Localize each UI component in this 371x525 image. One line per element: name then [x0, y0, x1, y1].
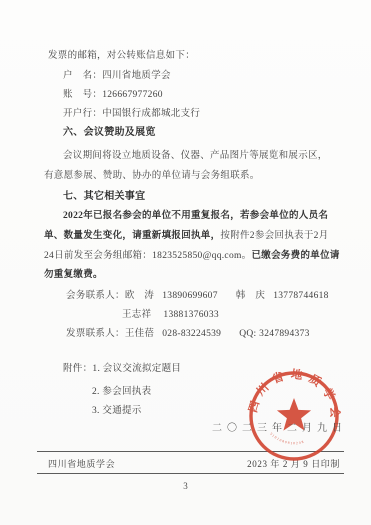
- section7-line3-bold: 已缴会务费的单位请: [251, 251, 339, 261]
- attachment-item-1: 1. 会议交流拟定题目: [92, 364, 181, 374]
- section7-line1-bold: 2022年已报名参会的单位不用重复报名，若参会单位的人员名: [63, 211, 328, 221]
- contact4-phone: 028-83224539: [162, 329, 221, 339]
- section7-para-line4: 勿重复缴费。: [44, 266, 103, 280]
- contact3-phone: 13881376033: [163, 310, 219, 320]
- page-number: 3: [0, 481, 371, 491]
- contact3-name: 王志祥: [122, 310, 151, 320]
- section7-para-line3: 24日前发至会务组邮箱：1823525850@qq.com。已缴会务费的单位请: [44, 247, 340, 261]
- section7-title: 七、其它相关事宜: [63, 187, 145, 202]
- section6-line2: 有意愿参展、赞助、协办的单位请与会务组联系。: [44, 167, 260, 181]
- section7-line2-bold: 单、数量发生变化，请重新填报回执单，: [44, 231, 220, 241]
- contacts-label: 会务联系人：: [66, 291, 125, 301]
- issue-date: 二〇二三年二月九日: [212, 419, 347, 434]
- document-page: 发票的邮箱，对公转账信息如下： 户 名：四川省地质学会 账 号：12666797…: [0, 0, 371, 525]
- contact1-phone: 13890699607: [162, 291, 218, 301]
- bank-branch: 开户行：中国银行成都城北支行: [63, 105, 200, 119]
- footer-rule-bottom: [37, 473, 344, 474]
- section6-title: 六、会议赞助及展览: [63, 123, 156, 138]
- contacts-line2: 王志祥13881376033: [122, 306, 219, 320]
- invoice-contact-label: 发票联系人：: [66, 329, 125, 339]
- contact4-name: 王佳蓓: [125, 329, 154, 339]
- section7-line3-regular: 24日前发至会务组邮箱：1823525850@qq.com。: [44, 251, 251, 261]
- contact1-name: 欧 涛: [125, 291, 154, 301]
- section7-line2-regular: 按附件2参会回执表于2月: [220, 231, 328, 241]
- contact2-phone: 13778744618: [273, 291, 329, 301]
- contacts-line3: 发票联系人：王佳蓓028-83224539QQ: 3247894373: [66, 325, 310, 339]
- section7-line4-bold: 勿重复缴费。: [44, 270, 103, 280]
- contacts-line1: 会务联系人：欧 涛13890699607韩 庆13778744618: [66, 287, 329, 301]
- bank-account-number: 账 号：126667977260: [63, 86, 163, 100]
- footer-org: 四川省地质学会: [48, 457, 115, 470]
- attachments-label: 附件：: [63, 364, 92, 374]
- section6-line1: 会议期间将设立地质设备、仪器、产品图片等展览和展示区，: [63, 147, 328, 161]
- contact4-qq: QQ: 3247894373: [239, 329, 309, 339]
- bank-account-name: 户 名：四川省地质学会: [63, 67, 171, 81]
- section7-para-line2: 单、数量发生变化，请重新填报回执单，按附件2参会回执表于2月: [44, 227, 329, 241]
- attachment-item-2: 2. 参会回执表: [92, 383, 151, 397]
- section7-para-line1: 2022年已报名参会的单位不用重复报名，若参会单位的人员名: [63, 207, 328, 221]
- attachments-line1: 附件：1. 会议交流拟定题目: [63, 360, 181, 374]
- official-seal: 四川省地质学会 5101080810248: [246, 368, 342, 464]
- intro-line: 发票的邮箱，对公转账信息如下：: [48, 47, 195, 61]
- contact2-name: 韩 庆: [236, 291, 265, 301]
- attachment-item-3: 3. 交通提示: [92, 402, 142, 416]
